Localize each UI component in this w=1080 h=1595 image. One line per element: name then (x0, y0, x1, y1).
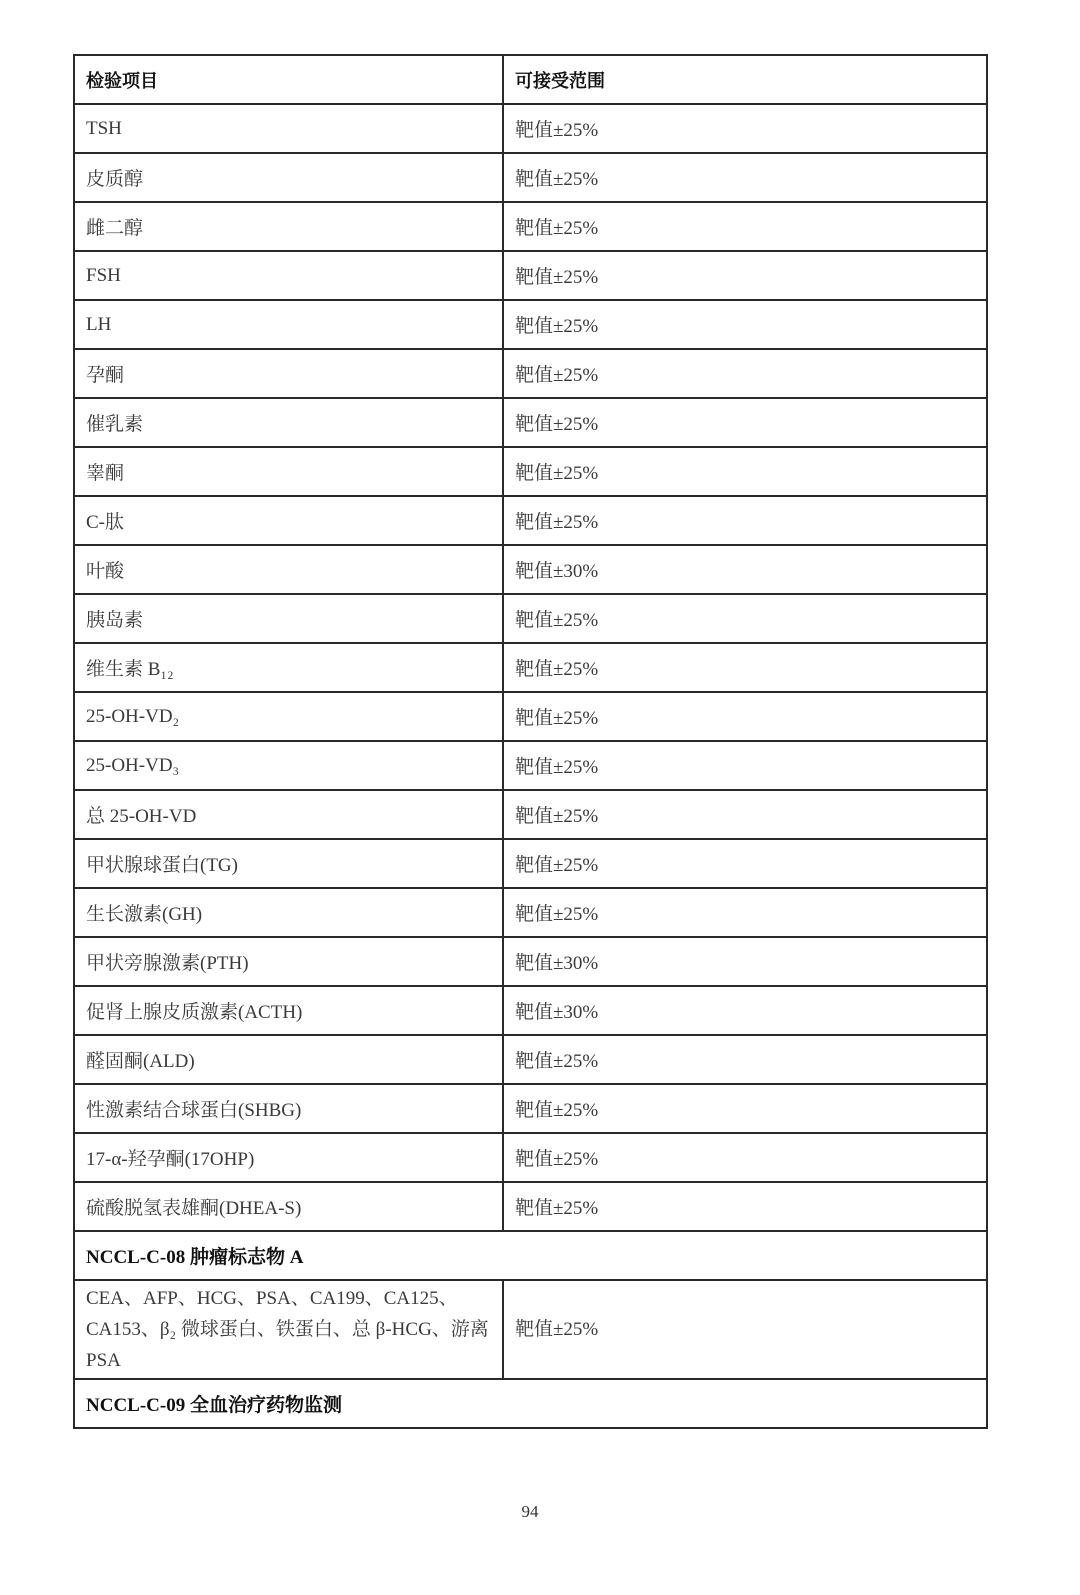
table-row: 25-OH-VD₂靶值±25% (74, 692, 987, 741)
table-row: 维生素 B₁₂靶值±25% (74, 643, 987, 692)
acceptable-range: 靶值±25% (503, 888, 987, 937)
section-row-c08: NCCL-C-08 肿瘤标志物 A (74, 1231, 987, 1280)
table-row: 孕酮靶值±25% (74, 349, 987, 398)
table-row: TSH靶值±25% (74, 104, 987, 153)
test-item: CEA、AFP、HCG、PSA、CA199、CA125、CA153、β₂ 微球蛋… (74, 1280, 503, 1379)
test-item: TSH (74, 104, 503, 153)
table-row: 总 25-OH-VD靶值±25% (74, 790, 987, 839)
acceptable-range: 靶值±25% (503, 594, 987, 643)
test-item: 17-α-羟孕酮(17OHP) (74, 1133, 503, 1182)
section-heading-whole-blood-tdm: NCCL-C-09 全血治疗药物监测 (74, 1379, 987, 1428)
table-row: 睾酮靶值±25% (74, 447, 987, 496)
acceptable-range: 靶值±25% (503, 300, 987, 349)
acceptable-range: 靶值±30% (503, 986, 987, 1035)
table-row: 催乳素靶值±25% (74, 398, 987, 447)
test-item: 甲状旁腺激素(PTH) (74, 937, 503, 986)
test-item: FSH (74, 251, 503, 300)
table-row: LH靶值±25% (74, 300, 987, 349)
test-item: 胰岛素 (74, 594, 503, 643)
table-row: C-肽靶值±25% (74, 496, 987, 545)
acceptable-range: 靶值±25% (503, 447, 987, 496)
table-row: FSH靶值±25% (74, 251, 987, 300)
acceptable-range: 靶值±25% (503, 349, 987, 398)
table-header-row: 检验项目 可接受范围 (74, 55, 987, 104)
table-row-tumor-markers: CEA、AFP、HCG、PSA、CA199、CA125、CA153、β₂ 微球蛋… (74, 1280, 987, 1379)
test-item: 叶酸 (74, 545, 503, 594)
header-acceptable-range: 可接受范围 (503, 55, 987, 104)
table-row: 甲状腺球蛋白(TG)靶值±25% (74, 839, 987, 888)
table-row: 雌二醇靶值±25% (74, 202, 987, 251)
acceptable-range: 靶值±25% (503, 692, 987, 741)
acceptance-range-table: 检验项目 可接受范围 TSH靶值±25% 皮质醇靶值±25% 雌二醇靶值±25%… (73, 54, 988, 1429)
table-row: 硫酸脱氢表雄酮(DHEA-S)靶值±25% (74, 1182, 987, 1231)
test-item: 睾酮 (74, 447, 503, 496)
test-item: 硫酸脱氢表雄酮(DHEA-S) (74, 1182, 503, 1231)
test-item: 雌二醇 (74, 202, 503, 251)
test-item: C-肽 (74, 496, 503, 545)
acceptable-range: 靶值±25% (503, 1133, 987, 1182)
test-item: 促肾上腺皮质激素(ACTH) (74, 986, 503, 1035)
acceptable-range: 靶值±25% (503, 839, 987, 888)
acceptable-range: 靶值±25% (503, 643, 987, 692)
section-heading-tumor-markers: NCCL-C-08 肿瘤标志物 A (74, 1231, 987, 1280)
acceptable-range: 靶值±25% (503, 790, 987, 839)
table-row: 皮质醇靶值±25% (74, 153, 987, 202)
table-row: 叶酸靶值±30% (74, 545, 987, 594)
test-item: 甲状腺球蛋白(TG) (74, 839, 503, 888)
acceptable-range: 靶值±25% (503, 1280, 987, 1379)
test-item: 醛固酮(ALD) (74, 1035, 503, 1084)
table-row: 性激素结合球蛋白(SHBG)靶值±25% (74, 1084, 987, 1133)
table-row: 胰岛素靶值±25% (74, 594, 987, 643)
test-item: 总 25-OH-VD (74, 790, 503, 839)
acceptable-range: 靶值±25% (503, 202, 987, 251)
test-item: 孕酮 (74, 349, 503, 398)
test-item: 25-OH-VD₂ (74, 692, 503, 741)
acceptable-range: 靶值±30% (503, 545, 987, 594)
acceptable-range: 靶值±25% (503, 1084, 987, 1133)
test-item: LH (74, 300, 503, 349)
test-item: 皮质醇 (74, 153, 503, 202)
section-row-c09: NCCL-C-09 全血治疗药物监测 (74, 1379, 987, 1428)
header-test-item: 检验项目 (74, 55, 503, 104)
acceptable-range: 靶值±25% (503, 398, 987, 447)
test-item: 维生素 B₁₂ (74, 643, 503, 692)
test-item: 25-OH-VD₃ (74, 741, 503, 790)
test-item: 催乳素 (74, 398, 503, 447)
test-item: 性激素结合球蛋白(SHBG) (74, 1084, 503, 1133)
page-number: 94 (0, 1502, 1060, 1522)
table-row: 17-α-羟孕酮(17OHP)靶值±25% (74, 1133, 987, 1182)
acceptable-range: 靶值±25% (503, 496, 987, 545)
table-row: 促肾上腺皮质激素(ACTH)靶值±30% (74, 986, 987, 1035)
acceptable-range: 靶值±25% (503, 1182, 987, 1231)
table-row: 醛固酮(ALD)靶值±25% (74, 1035, 987, 1084)
document-page: 检验项目 可接受范围 TSH靶值±25% 皮质醇靶值±25% 雌二醇靶值±25%… (0, 0, 1080, 1595)
acceptable-range: 靶值±25% (503, 1035, 987, 1084)
table-row: 甲状旁腺激素(PTH)靶值±30% (74, 937, 987, 986)
acceptable-range: 靶值±30% (503, 937, 987, 986)
acceptable-range: 靶值±25% (503, 104, 987, 153)
test-item: 生长激素(GH) (74, 888, 503, 937)
table-row: 25-OH-VD₃靶值±25% (74, 741, 987, 790)
acceptable-range: 靶值±25% (503, 741, 987, 790)
table-row: 生长激素(GH)靶值±25% (74, 888, 987, 937)
acceptable-range: 靶值±25% (503, 153, 987, 202)
acceptable-range: 靶值±25% (503, 251, 987, 300)
